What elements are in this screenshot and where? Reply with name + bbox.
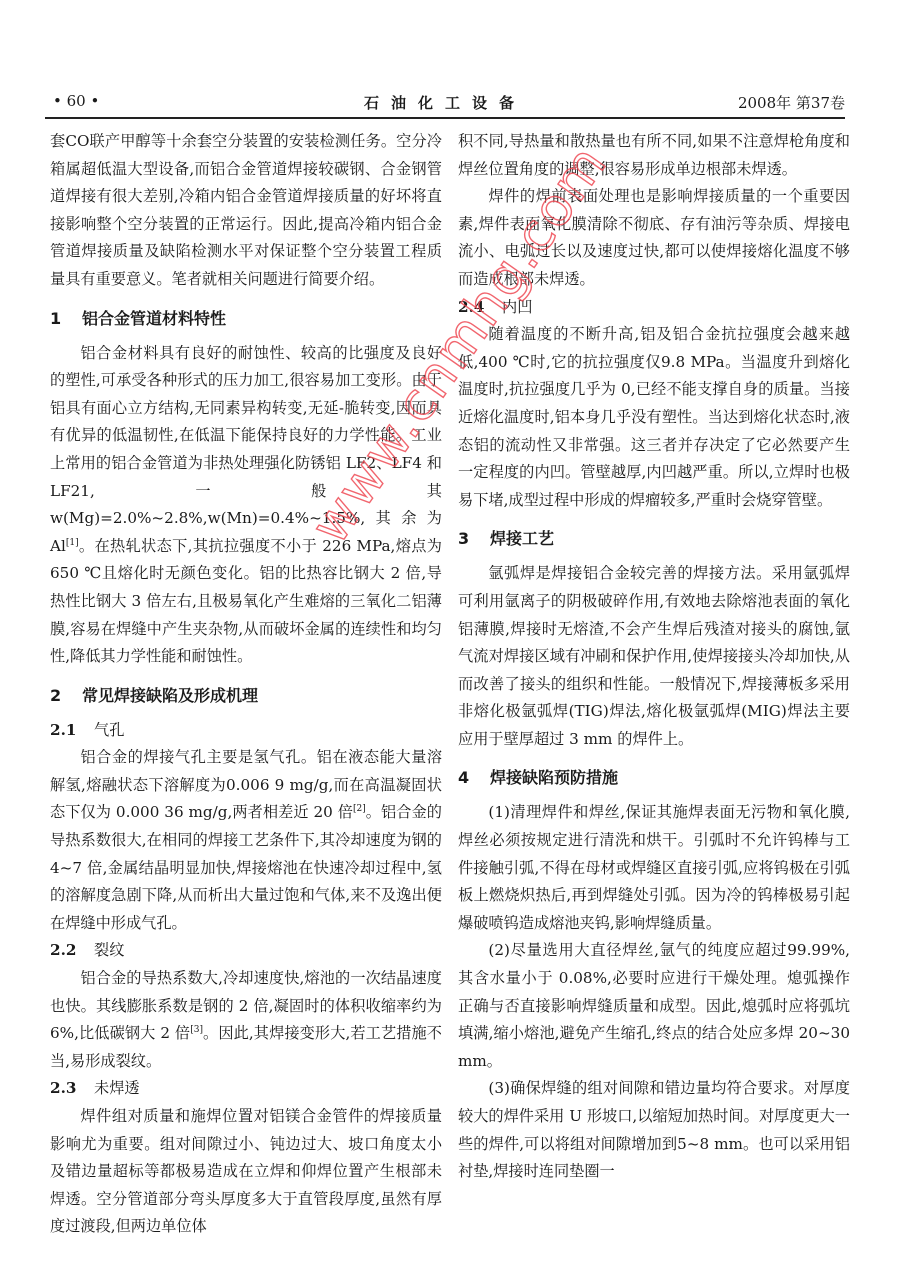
prevention-item-3: (3)确保焊缝的组对间隙和错边量均符合要求。对厚度较大的焊件采用 U 形坡口,以… (458, 1075, 850, 1185)
section-title: 铝合金管道材料特性 (82, 309, 226, 328)
section-3-heading: 3焊接工艺 (458, 524, 850, 554)
prevention-item-2: (2)尽量选用大直径焊丝,氩气的纯度应超过99.99%,其含水量小于 0.08%… (458, 937, 850, 1075)
intro-paragraph: 套CO联产甲醇等十余套空分装置的安装检测任务。空分冷箱属超低温大型设备,而铝合金… (50, 128, 442, 294)
subsection-2-4-heading: 2.4内凹 (458, 294, 850, 322)
journal-title: 石油化工设备 (45, 92, 845, 113)
section-3-paragraph: 氩弧焊是焊接铝合金较完善的焊接方法。采用氩弧焊可利用氩离子的阴极破碎作用,有效地… (458, 560, 850, 753)
subsection-2-1-heading: 2.1气孔 (50, 717, 442, 745)
section-1-heading: 1铝合金管道材料特性 (50, 304, 442, 334)
volume-info: 2008年 第37卷 (738, 92, 845, 113)
subsection-2-3-paragraph: 焊件组对质量和施焊位置对铝镁合金管件的焊接质量影响尤为重要。组对间隙过小、钝边过… (50, 1103, 442, 1241)
subsection-2-3-continued: 积不同,导热量和散热量也有所不同,如果不注意焊枪角度和焊丝位置角度的调整,很容易… (458, 128, 850, 183)
citation: [2] (353, 804, 366, 814)
subsection-2-3-paragraph-2: 焊件的焊前表面处理也是影响焊接质量的一个重要因素,焊件表面氧化膜清除不彻底、存有… (458, 183, 850, 293)
citation: [3] (190, 1025, 203, 1035)
prevention-item-1: (1)清理焊件和焊丝,保证其施焊表面无污物和氧化膜,焊丝必须按规定进行清洗和烘干… (458, 799, 850, 937)
section-title: 常见焊接缺陷及形成机理 (82, 686, 258, 705)
subsection-2-2-heading: 2.2裂纹 (50, 937, 442, 965)
header-rule (45, 117, 845, 119)
section-number: 3 (458, 524, 490, 554)
section-title: 焊接工艺 (490, 529, 554, 548)
section-4-heading: 4焊接缺陷预防措施 (458, 763, 850, 793)
section-number: 1 (50, 304, 82, 334)
citation: [1] (66, 538, 79, 548)
subsection-2-4-paragraph: 随着温度的不断升高,铝及铝合金抗拉强度会越来越低,400 ℃时,它的抗拉强度仅9… (458, 321, 850, 514)
section-2-heading: 2常见焊接缺陷及形成机理 (50, 681, 442, 711)
section-number: 4 (458, 763, 490, 793)
section-title: 焊接缺陷预防措施 (490, 768, 618, 787)
right-column: 积不同,导热量和散热量也有所不同,如果不注意焊枪角度和焊丝位置角度的调整,很容易… (458, 128, 850, 1186)
journal-page: • 60 • 石油化工设备 2008年 第37卷 套CO联产甲醇等十余套空分装置… (0, 0, 904, 1262)
subsection-2-3-heading: 2.3未焊透 (50, 1075, 442, 1103)
section-number: 2 (50, 681, 82, 711)
left-column: 套CO联产甲醇等十余套空分装置的安装检测任务。空分冷箱属超低温大型设备,而铝合金… (50, 128, 442, 1241)
subsection-2-1-paragraph: 铝合金的焊接气孔主要是氢气孔。铝在液态能大量溶解氢,熔融状态下溶解度为0.006… (50, 744, 442, 937)
section-1-paragraph: 铝合金材料具有良好的耐蚀性、较高的比强度及良好的塑性,可承受各种形式的压力加工,… (50, 340, 442, 671)
subsection-2-2-paragraph: 铝合金的导热系数大,冷却速度快,熔池的一次结晶速度也快。其线膨胀系数是钢的 2 … (50, 965, 442, 1075)
